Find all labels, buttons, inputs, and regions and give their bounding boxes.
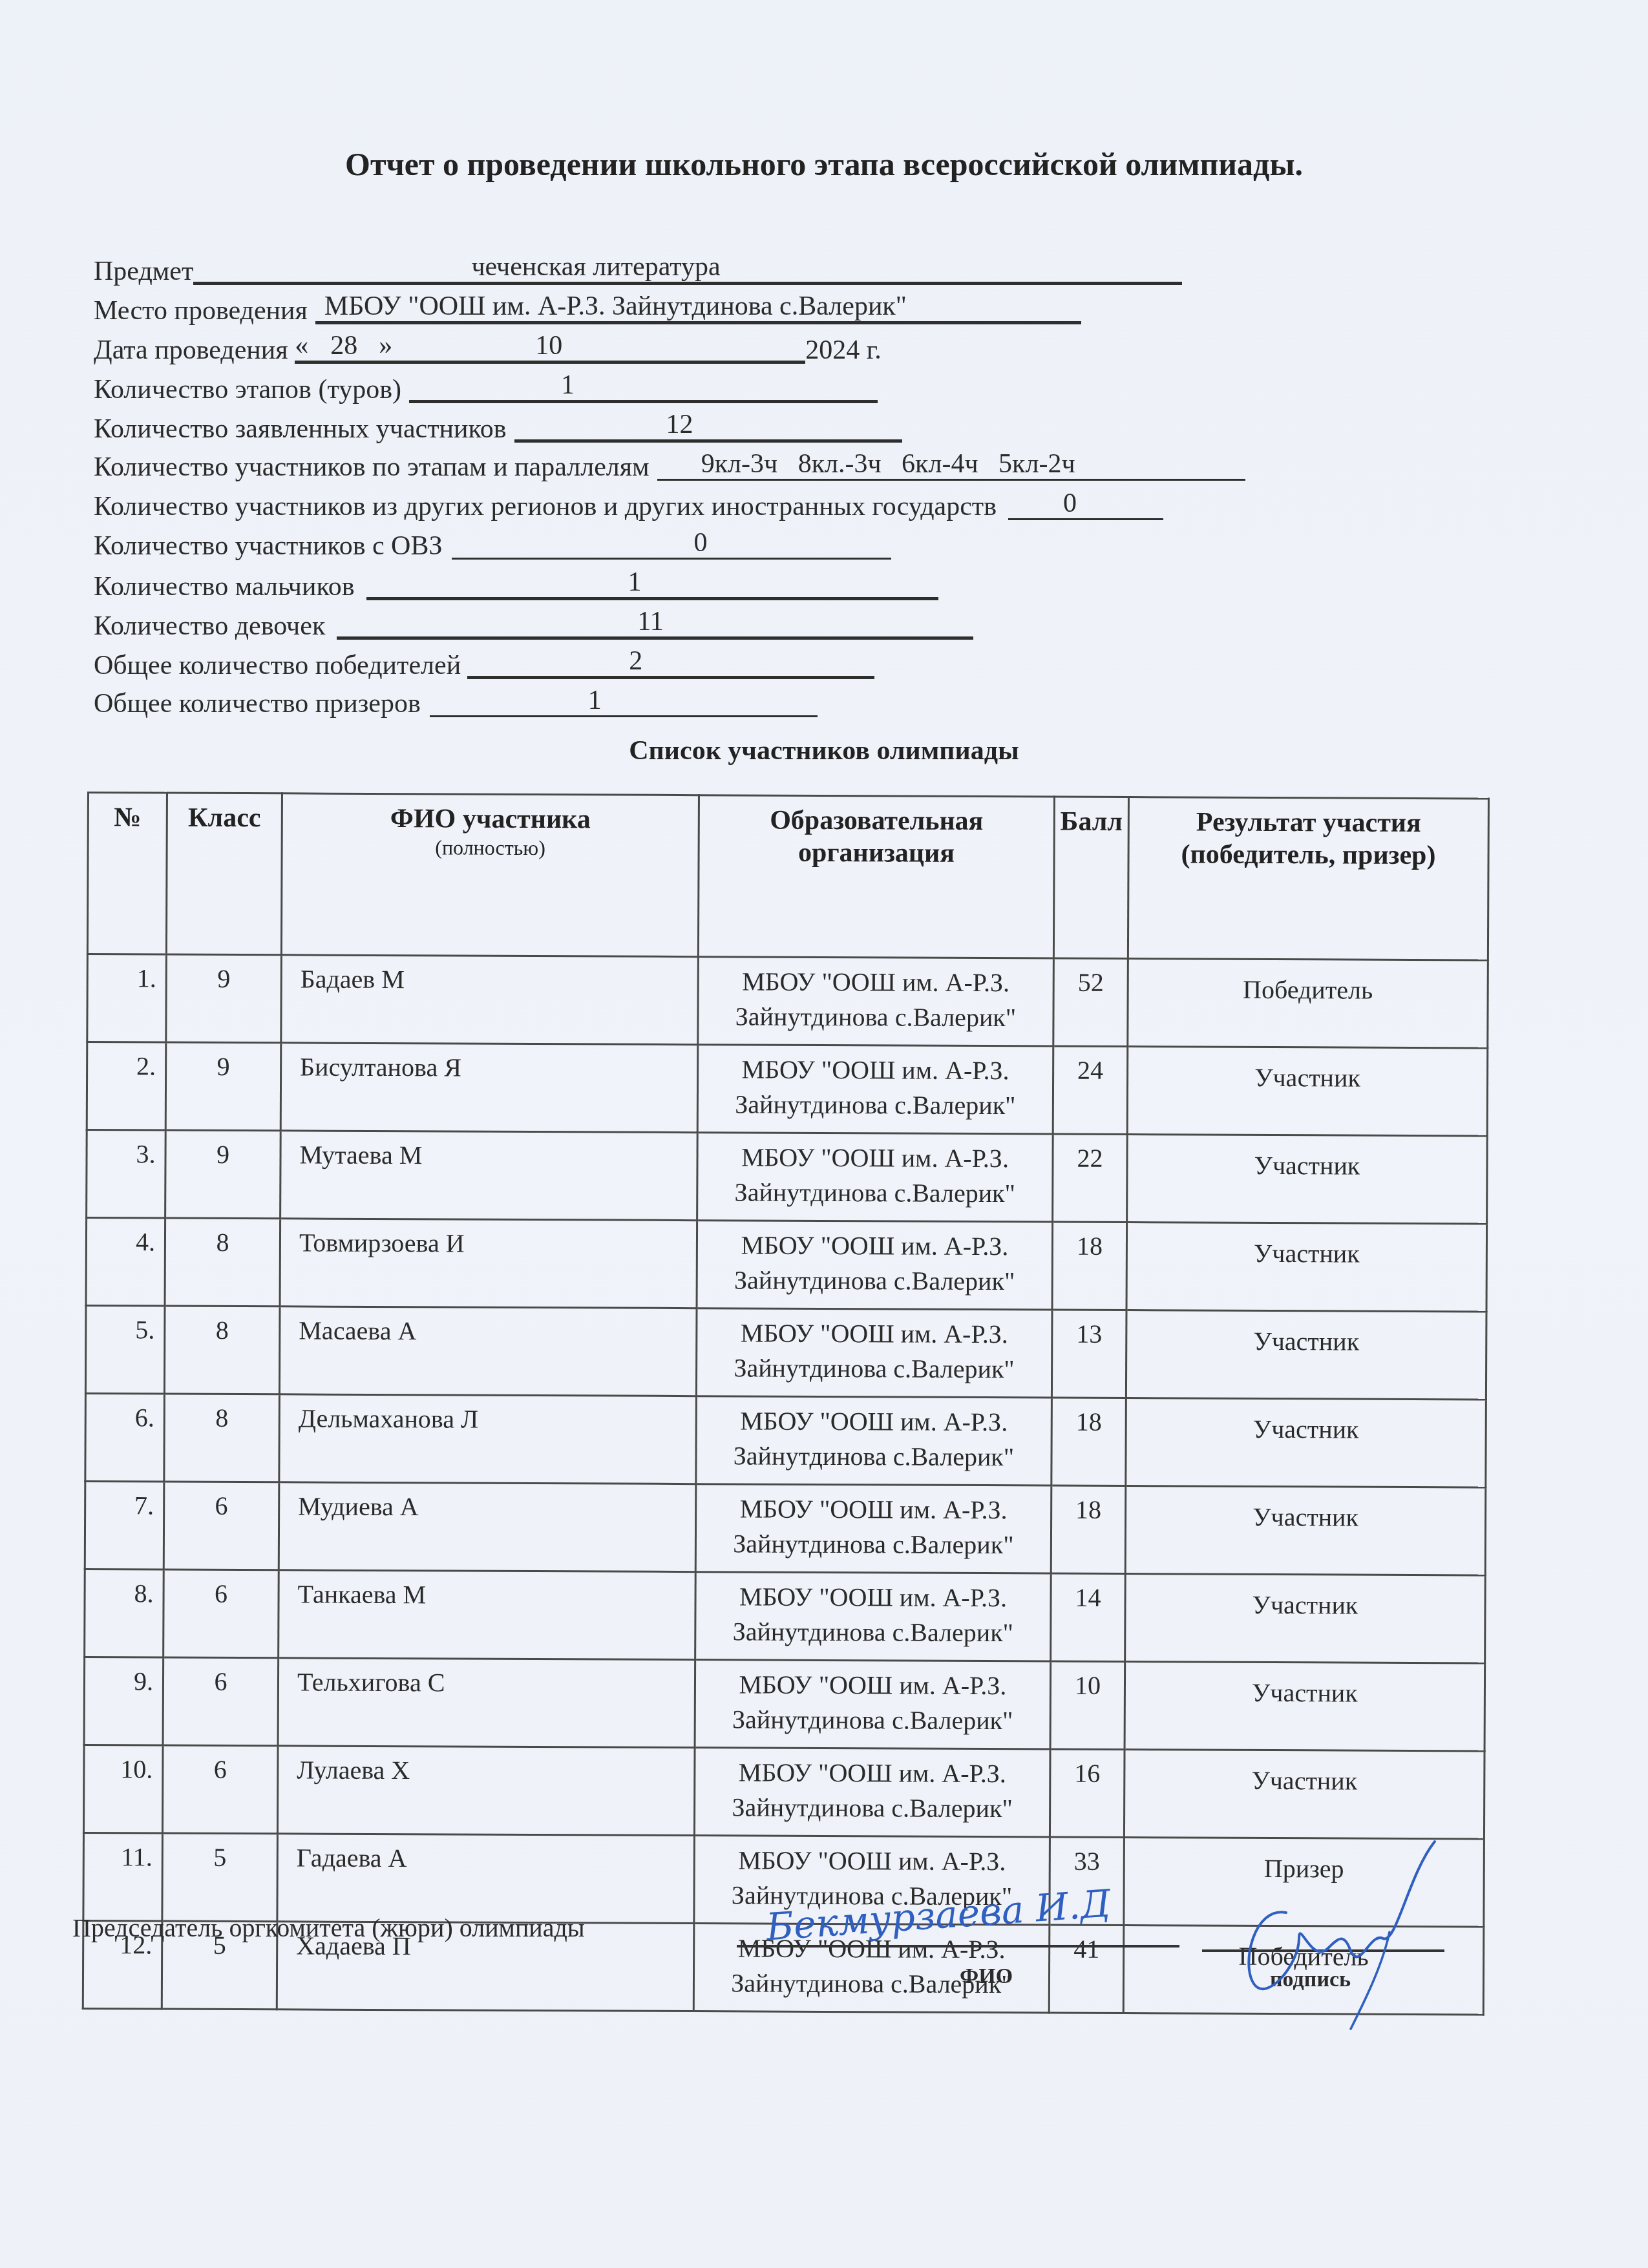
cell-org: МБОУ "ООШ им. А-Р.З.Зайнутдинова с.Валер… (695, 1572, 1051, 1661)
table-row: 9.6Тельхигова СМБОУ "ООШ им. А-Р.З.Зайну… (84, 1657, 1485, 1750)
field-line: 1 (430, 687, 818, 717)
cell-org: МБОУ "ООШ им. А-Р.З.Зайнутдинова с.Валер… (696, 1396, 1052, 1486)
field-label: Количество этапов (туров) (94, 376, 401, 403)
field-other-regions: Количество участников из других регионов… (94, 490, 1163, 520)
org-line-1: МБОУ "ООШ им. А-Р.З. (697, 1316, 1051, 1352)
cell-result: Участник (1125, 1662, 1485, 1751)
field-label: Общее количество призеров (94, 690, 421, 717)
field-girls: Количество девочек11 (94, 608, 973, 640)
header-score: Балл (1053, 797, 1128, 958)
cell-num: 8. (85, 1569, 164, 1657)
cell-score: 24 (1053, 1046, 1128, 1135)
org-line-2: Зайнутдинова с.Валерик" (699, 999, 1052, 1035)
table-row: 7.6Мудиева АМБОУ "ООШ им. А-Р.З.Зайнутди… (85, 1481, 1486, 1575)
field-value: 11 (637, 608, 663, 635)
field-label: Количество девочек (94, 613, 325, 640)
cell-class: 6 (164, 1482, 279, 1570)
cell-score: 10 (1050, 1661, 1125, 1750)
org-line-2: Зайнутдинова с.Валерик" (695, 1790, 1049, 1826)
cell-score: 18 (1051, 1486, 1126, 1574)
org-line-1: МБОУ "ООШ им. А-Р.З. (697, 1491, 1050, 1528)
field-subject: Предметчеченская литература (94, 253, 1182, 285)
field-label: Количество участников с ОВЗ (94, 532, 443, 560)
fio-caption: ФИО (960, 1964, 1013, 1989)
cell-class: 6 (164, 1570, 279, 1658)
cell-result: Участник (1124, 1750, 1484, 1839)
cell-name: Тельхигова С (278, 1658, 695, 1748)
org-line-1: МБОУ "ООШ им. А-Р.З. (699, 964, 1053, 1000)
cell-name: Лулаева Х (277, 1746, 695, 1836)
field-label: Предмет (94, 258, 193, 285)
table-row: 3.9Мутаева ММБОУ "ООШ им. А-Р.З.Зайнутди… (87, 1130, 1488, 1224)
field-prizewinners: Общее количество призеров1 (94, 687, 818, 717)
table-row: 8.6Танкаева ММБОУ "ООШ им. А-Р.З.Зайнутд… (85, 1569, 1486, 1663)
field-label: Количество мальчиков (94, 573, 355, 600)
cell-result: Участник (1125, 1486, 1486, 1575)
org-line-1: МБОУ "ООШ им. А-Р.З. (696, 1667, 1050, 1703)
field-venue: Место проведенияМБОУ "ООШ им. А-Р.З. Зай… (94, 293, 1081, 324)
field-line: 1 (366, 569, 938, 600)
participants-table: № Класс ФИО участника (полностью) Образо… (82, 792, 1490, 2015)
field-ovz: Количество участников с ОВЗ0 (94, 529, 891, 560)
org-line-1: МБОУ "ООШ им. А-Р.З. (699, 1052, 1052, 1088)
cell-num: 9. (84, 1657, 164, 1745)
header-name-label: ФИО участника (390, 804, 591, 834)
field-line: 11 (337, 608, 973, 640)
cell-result: Участник (1126, 1398, 1486, 1487)
cell-class: 9 (165, 1042, 281, 1131)
cell-class: 5 (162, 1833, 278, 1922)
cell-org: МБОУ "ООШ им. А-Р.З.Зайнутдинова с.Валер… (695, 1484, 1051, 1573)
field-value: чеченская литература (471, 253, 720, 280)
org-line-2: Зайнутдинова с.Валерик" (698, 1263, 1051, 1299)
field-label: Общее количество победителей (94, 652, 461, 679)
field-value: 12 (666, 411, 693, 438)
org-line-2: Зайнутдинова с.Валерик" (697, 1526, 1050, 1562)
org-line-2: Зайнутдинова с.Валерик" (697, 1350, 1051, 1387)
cell-org: МБОУ "ООШ им. А-Р.З.Зайнутдинова с.Валер… (697, 1045, 1053, 1134)
field-value: 0 (694, 529, 708, 556)
field-line: 9кл-3ч 8кл.-3ч 6кл-4ч 5кл-2ч (657, 450, 1245, 481)
date-day: 28 (330, 332, 357, 359)
table-row: 1.9Бадаев ММБОУ "ООШ им. А-Р.З.Зайнутдин… (87, 954, 1488, 1048)
cell-num: 10. (83, 1745, 163, 1833)
org-line-2: Зайнутдинова с.Валерик" (696, 1702, 1050, 1738)
header-org: Образовательная организация (698, 795, 1054, 958)
field-value: 1 (628, 569, 642, 596)
cell-result: Участник (1126, 1310, 1486, 1400)
org-line-1: МБОУ "ООШ им. А-Р.З. (695, 1755, 1049, 1791)
field-line: 0 (452, 529, 891, 560)
header-num: № (87, 793, 167, 955)
field-value: 1 (561, 372, 575, 399)
cell-result: Участник (1127, 1047, 1488, 1136)
field-stages: Количество этапов (туров)1 (94, 372, 878, 403)
cell-org: МБОУ "ООШ им. А-Р.З.Зайнутдинова с.Валер… (694, 1748, 1050, 1837)
org-line-2: Зайнутдинова с.Валерик" (697, 1438, 1050, 1475)
org-line-1: МБОУ "ООШ им. А-Р.З. (695, 1843, 1049, 1879)
header-result: Результат участия (победитель, призер) (1128, 797, 1488, 960)
cell-score: 41 (1049, 1925, 1124, 2013)
field-date: Дата проведения « 28 » 10 2024 г. (94, 332, 882, 364)
cell-score: 18 (1052, 1222, 1127, 1310)
field-label: Количество заявленных участников (94, 415, 507, 443)
cell-name: Товмирзоева И (280, 1219, 697, 1308)
cell-class: 9 (165, 1130, 281, 1219)
table-row: 4.8Товмирзоева ИМБОУ "ООШ им. А-Р.З.Зайн… (86, 1218, 1487, 1312)
list-title: Список участников олимпиады (0, 735, 1648, 766)
org-line-1: МБОУ "ООШ им. А-Р.З. (698, 1140, 1051, 1176)
org-line-2: Зайнутдинова с.Валерик" (696, 1614, 1050, 1650)
cell-num: 3. (87, 1130, 166, 1219)
table-row: 10.6Лулаева ХМБОУ "ООШ им. А-Р.З.Зайнутд… (83, 1745, 1484, 1838)
cell-score: 18 (1051, 1398, 1126, 1486)
table-row: 6.8Дельмаханова ЛМБОУ "ООШ им. А-Р.З.Зай… (85, 1393, 1486, 1487)
org-line-2: Зайнутдинова с.Валерик" (699, 1087, 1052, 1123)
field-line: 1 (409, 372, 878, 403)
field-line: чеченская литература (193, 253, 1182, 285)
cell-org: МБОУ "ООШ им. А-Р.З.Зайнутдинова с.Валер… (697, 1221, 1053, 1310)
field-by-parallels: Количество участников по этапам и паралл… (94, 450, 1245, 481)
cell-class: 8 (164, 1394, 280, 1482)
field-value: 1 (588, 687, 602, 714)
field-label: Место проведения (94, 297, 308, 324)
header-name-sub: (полностью) (283, 835, 698, 861)
date-month: 10 (535, 332, 562, 359)
field-line: 2 (467, 647, 874, 679)
cell-class: 9 (166, 954, 282, 1043)
cell-result: Участник (1127, 1135, 1488, 1224)
document-title: Отчет о проведении школьного этапа всеро… (0, 145, 1648, 183)
cell-name: Танкаева М (279, 1570, 696, 1660)
field-line: 12 (514, 411, 902, 443)
field-value: 0 (1063, 490, 1077, 517)
cell-num: 4. (86, 1218, 165, 1307)
cell-num: 2. (87, 1042, 166, 1131)
cell-class: 8 (164, 1306, 280, 1394)
date-open-quote: « (295, 332, 308, 359)
table-row: 2.9Бисултанова ЯМБОУ "ООШ им. А-Р.З.Зайн… (87, 1042, 1488, 1136)
cell-score: 14 (1051, 1573, 1126, 1662)
header-class: Класс (166, 793, 282, 955)
cell-score: 22 (1053, 1134, 1128, 1223)
cell-result: Участник (1126, 1223, 1487, 1312)
date-year: 2024 г. (805, 337, 882, 364)
field-value: 9кл-3ч 8кл.-3ч 6кл-4ч 5кл-2ч (701, 450, 1075, 478)
org-line-1: МБОУ "ООШ им. А-Р.З. (696, 1579, 1050, 1615)
field-label: Количество участников из других регионов… (94, 493, 997, 520)
cell-num: 7. (85, 1481, 164, 1570)
cell-name: Мудиева А (279, 1482, 696, 1572)
table-row: 5.8Масаева АМБОУ "ООШ им. А-Р.З.Зайнутди… (85, 1305, 1486, 1399)
chairman-label: Председатель оргкомитета (жюри) олимпиад… (72, 1913, 585, 1943)
cell-class: 8 (165, 1218, 280, 1307)
cell-org: МБОУ "ООШ им. А-Р.З.Зайнутдинова с.Валер… (698, 957, 1054, 1046)
field-winners: Общее количество победителей2 (94, 647, 874, 679)
cell-name: Дельмаханова Л (279, 1394, 697, 1484)
cell-org: МБОУ "ООШ им. А-Р.З.Зайнутдинова с.Валер… (695, 1660, 1051, 1749)
field-value: 2 (629, 647, 642, 675)
field-line: МБОУ "ООШ им. А-Р.З. Зайнутдинова с.Вале… (315, 293, 1081, 324)
org-line-2: Зайнутдинова с.Валерик" (698, 1175, 1051, 1211)
field-label: Количество участников по этапам и паралл… (94, 454, 650, 481)
field-declared: Количество заявленных участников12 (94, 411, 902, 443)
field-label: Дата проведения (94, 337, 288, 364)
field-line: « 28 » 10 (295, 332, 805, 364)
cell-name: Масаева А (279, 1307, 697, 1396)
date-close-quote: » (379, 332, 392, 359)
cell-name: Бисултанова Я (280, 1043, 698, 1133)
cell-class: 6 (162, 1745, 278, 1834)
header-name: ФИО участника (полностью) (281, 793, 699, 957)
signature-icon (1215, 1835, 1461, 2042)
field-line: 0 (1008, 490, 1163, 520)
cell-num: 6. (85, 1393, 165, 1482)
cell-result: Победитель (1128, 959, 1488, 1048)
field-value: МБОУ "ООШ им. А-Р.З. Зайнутдинова с.Вале… (324, 293, 907, 320)
cell-class: 6 (163, 1657, 279, 1746)
cell-score: 52 (1053, 958, 1128, 1047)
org-line-1: МБОУ "ООШ им. А-Р.З. (698, 1228, 1051, 1264)
cell-score: 16 (1050, 1749, 1125, 1838)
cell-result: Участник (1125, 1574, 1486, 1663)
field-boys: Количество мальчиков1 (94, 569, 938, 600)
cell-org: МБОУ "ООШ им. А-Р.З.Зайнутдинова с.Валер… (697, 1133, 1053, 1222)
table-header-row: № Класс ФИО участника (полностью) Образо… (87, 793, 1488, 960)
cell-name: Мутаева М (280, 1131, 698, 1221)
cell-num: 1. (87, 954, 167, 1043)
cell-num: 11. (83, 1832, 163, 1921)
cell-score: 13 (1051, 1310, 1126, 1398)
org-line-1: МБОУ "ООШ им. А-Р.З. (697, 1403, 1051, 1440)
cell-name: Бадаев М (281, 955, 699, 1045)
cell-org: МБОУ "ООШ им. А-Р.З.Зайнутдинова с.Валер… (696, 1308, 1052, 1398)
cell-num: 5. (85, 1305, 165, 1394)
cell-name: Гадаева А (277, 1834, 695, 1924)
scanned-page: Отчет о проведении школьного этапа всеро… (0, 0, 1648, 2268)
